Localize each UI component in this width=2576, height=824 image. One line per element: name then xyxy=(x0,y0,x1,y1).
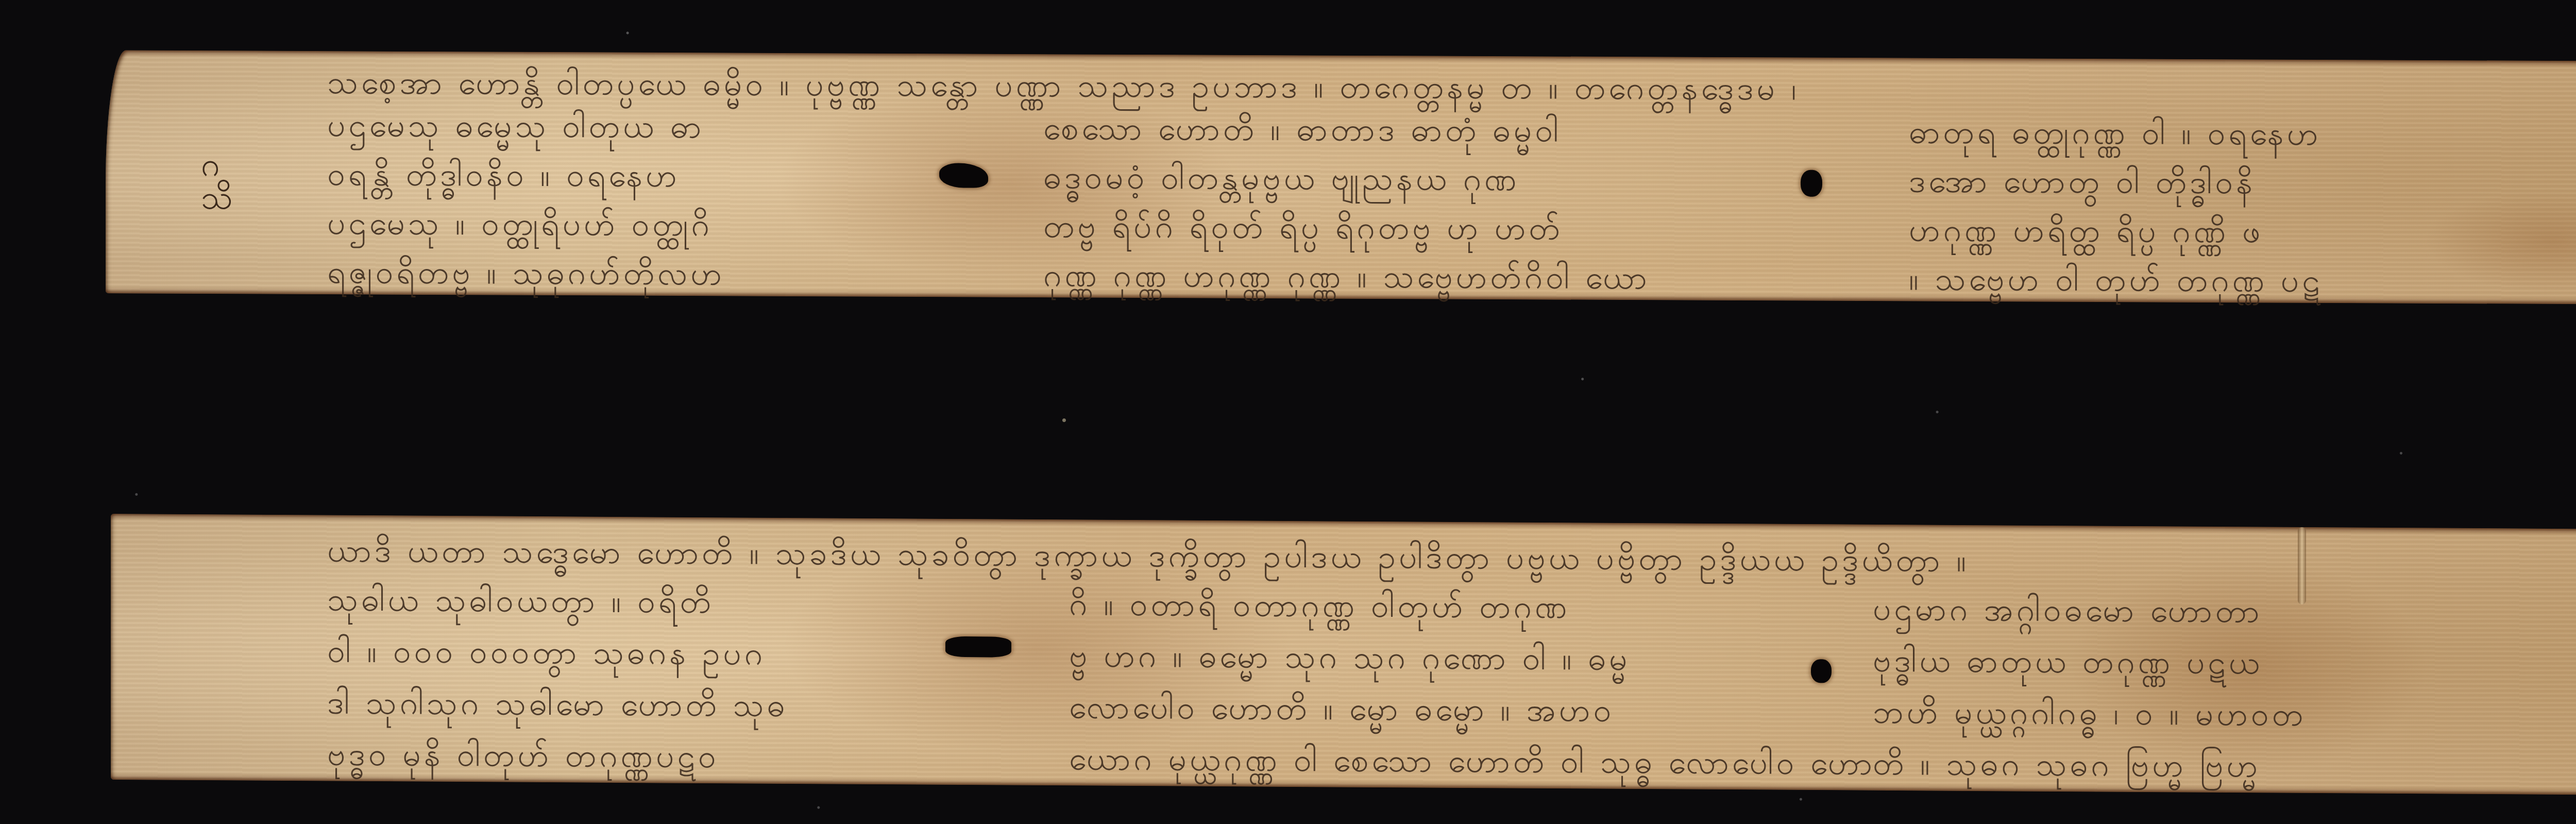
text-line-top: ယာဒိ ယတာ သဒ္ဓေမော ဟောတိ ။ သုခဒိယ သုခဝိတွ… xyxy=(327,531,1969,587)
text-line: ပဌမာဂ အဂ္ဂါဝဓမော ဟောတာ xyxy=(1873,589,2263,638)
text-line: တိ ။ သုဓဂ သုဓဂ ဗြဟ္မ ဗြဟ္မ xyxy=(1873,744,2261,793)
text-line: ဝါ ။ ဝဝဝ ဝဝဝတွာ သုဓဂန ဥပဂ xyxy=(327,631,766,681)
text-line: ပဌမေသု ဓမ္မေသု ဝါတုယ ဓာ xyxy=(327,105,704,154)
text-line: ဟဂုဏ္ဏ ဟရိတ္ထ ရိပ္ပ ဂုဏ္ဏိ ဖ xyxy=(1909,210,2263,258)
text-line: ဗ္ဗ ဟဂ ။ ဓမ္မော သုဂ သုဂ ဂုဏော ဝါ ။ ဓမ္မ xyxy=(1069,635,1630,686)
text-line: ဂုဏ္ဏ ဂုဏ္ဏ ဟဂုဏ္ဏ ဂုဏ္ဏ ။ သဗ္ဗေဟတ်ဂိဝါ … xyxy=(1043,255,1650,305)
text-line: စေသော ဟောတိ ။ ဓာတာဒ ဓာတုံ ဓမ္မဝါ xyxy=(1043,108,1562,157)
text-line: ဘဟိ မုယ္ယဂ္ဂဂါဂဓ္ဓ ၊ ဝ ။ မဟဝတ xyxy=(1873,692,2306,742)
text-line: ပဌမေသု ။ ဝတ္ထုရိပဟ် ဝတ္ထုဂိ xyxy=(327,203,713,251)
leaf-stain xyxy=(2424,189,2576,293)
text-line: ဗုဒ္ဓဝ မုနိ ဝါတုဟ် တဂုဏ္ဏပဋဝ xyxy=(327,734,719,784)
text-line: တဗ္ဗ ရိပ်ဂိ ရိဝုတ် ရိပ္ပ ရိဂုတဗ္ဗ ဟု ဟတ် xyxy=(1043,206,1563,255)
string-hole-right xyxy=(1801,170,1822,197)
text-line: ဓဒ္ဓဝမဝံ့ ဝါတန္တမုဗ္ဗယ ဗျုညနယ ဂုဏ xyxy=(1043,157,1520,206)
string-hole-left xyxy=(945,636,1011,658)
text-line: ဓာတုရ ဓတ္ထုဂုဏ္ဏ ဝါ ။ ဝရနေဟ xyxy=(1909,112,2321,160)
text-line: ဂိ ။ ဝတာရိ ဝတာဂုဏ္ဏ ဝါတုဟ် တဂုဏ xyxy=(1069,584,1570,634)
text-line: ဒါ သုဂါသုဂ သုဓါမော ဟောတိ သုဓ xyxy=(327,683,788,732)
text-line: ဝရန္တိ တိုဒ္ဓါဝနိဝ ။ ဝရနေဟ xyxy=(327,154,680,203)
text-line: လောပေါဝ ဟောတိ ။ မ္မော ဓမ္မော ။ အဟဝ xyxy=(1069,687,1614,737)
text-line: သုဓါယ သုဓါဝယတွာ ။ ဝရိတိ xyxy=(327,580,714,629)
string-hole-right xyxy=(1811,659,1832,683)
leaf-crack xyxy=(2298,527,2306,604)
palm-leaf-2: ယာဒိ ယတာ သဒ္ဓေမော ဟောတိ ။ သုခဒိယ သုခဝိတွ… xyxy=(111,514,2576,795)
leaf-number: ဂ သိ xyxy=(201,148,233,214)
palm-leaf-1: ဂ သိ သစေ့အာ ဟောန္တိ ဝါတပ္ပယေ ဓမ္မိဝ ။ ပု… xyxy=(106,50,2576,305)
text-line: ။ သဗ္ဗေဟ ဝါ တုဟ် တဂုဏ္ဏ ပဋ xyxy=(1909,259,2323,308)
text-line: ဒအော ဟောတွ ဝါ တိုဒ္ဓါဝနိ xyxy=(1909,161,2256,209)
text-line: ဗုဒ္ဓါယ ဓာတုယ တဂုဏ္ဏ ပဋယ xyxy=(1873,641,2263,690)
text-line: ရဇ္ဇုဝရိတဗ္ဗ ။ သုဓုဂဟ်တိုလဟ xyxy=(327,252,725,300)
text-line: ယောဂ မုယ္ယဂုဏ္ဏ ဝါ စေသော ဟောတိ ဝါ သုဓ္ဓ … xyxy=(1069,738,1875,791)
